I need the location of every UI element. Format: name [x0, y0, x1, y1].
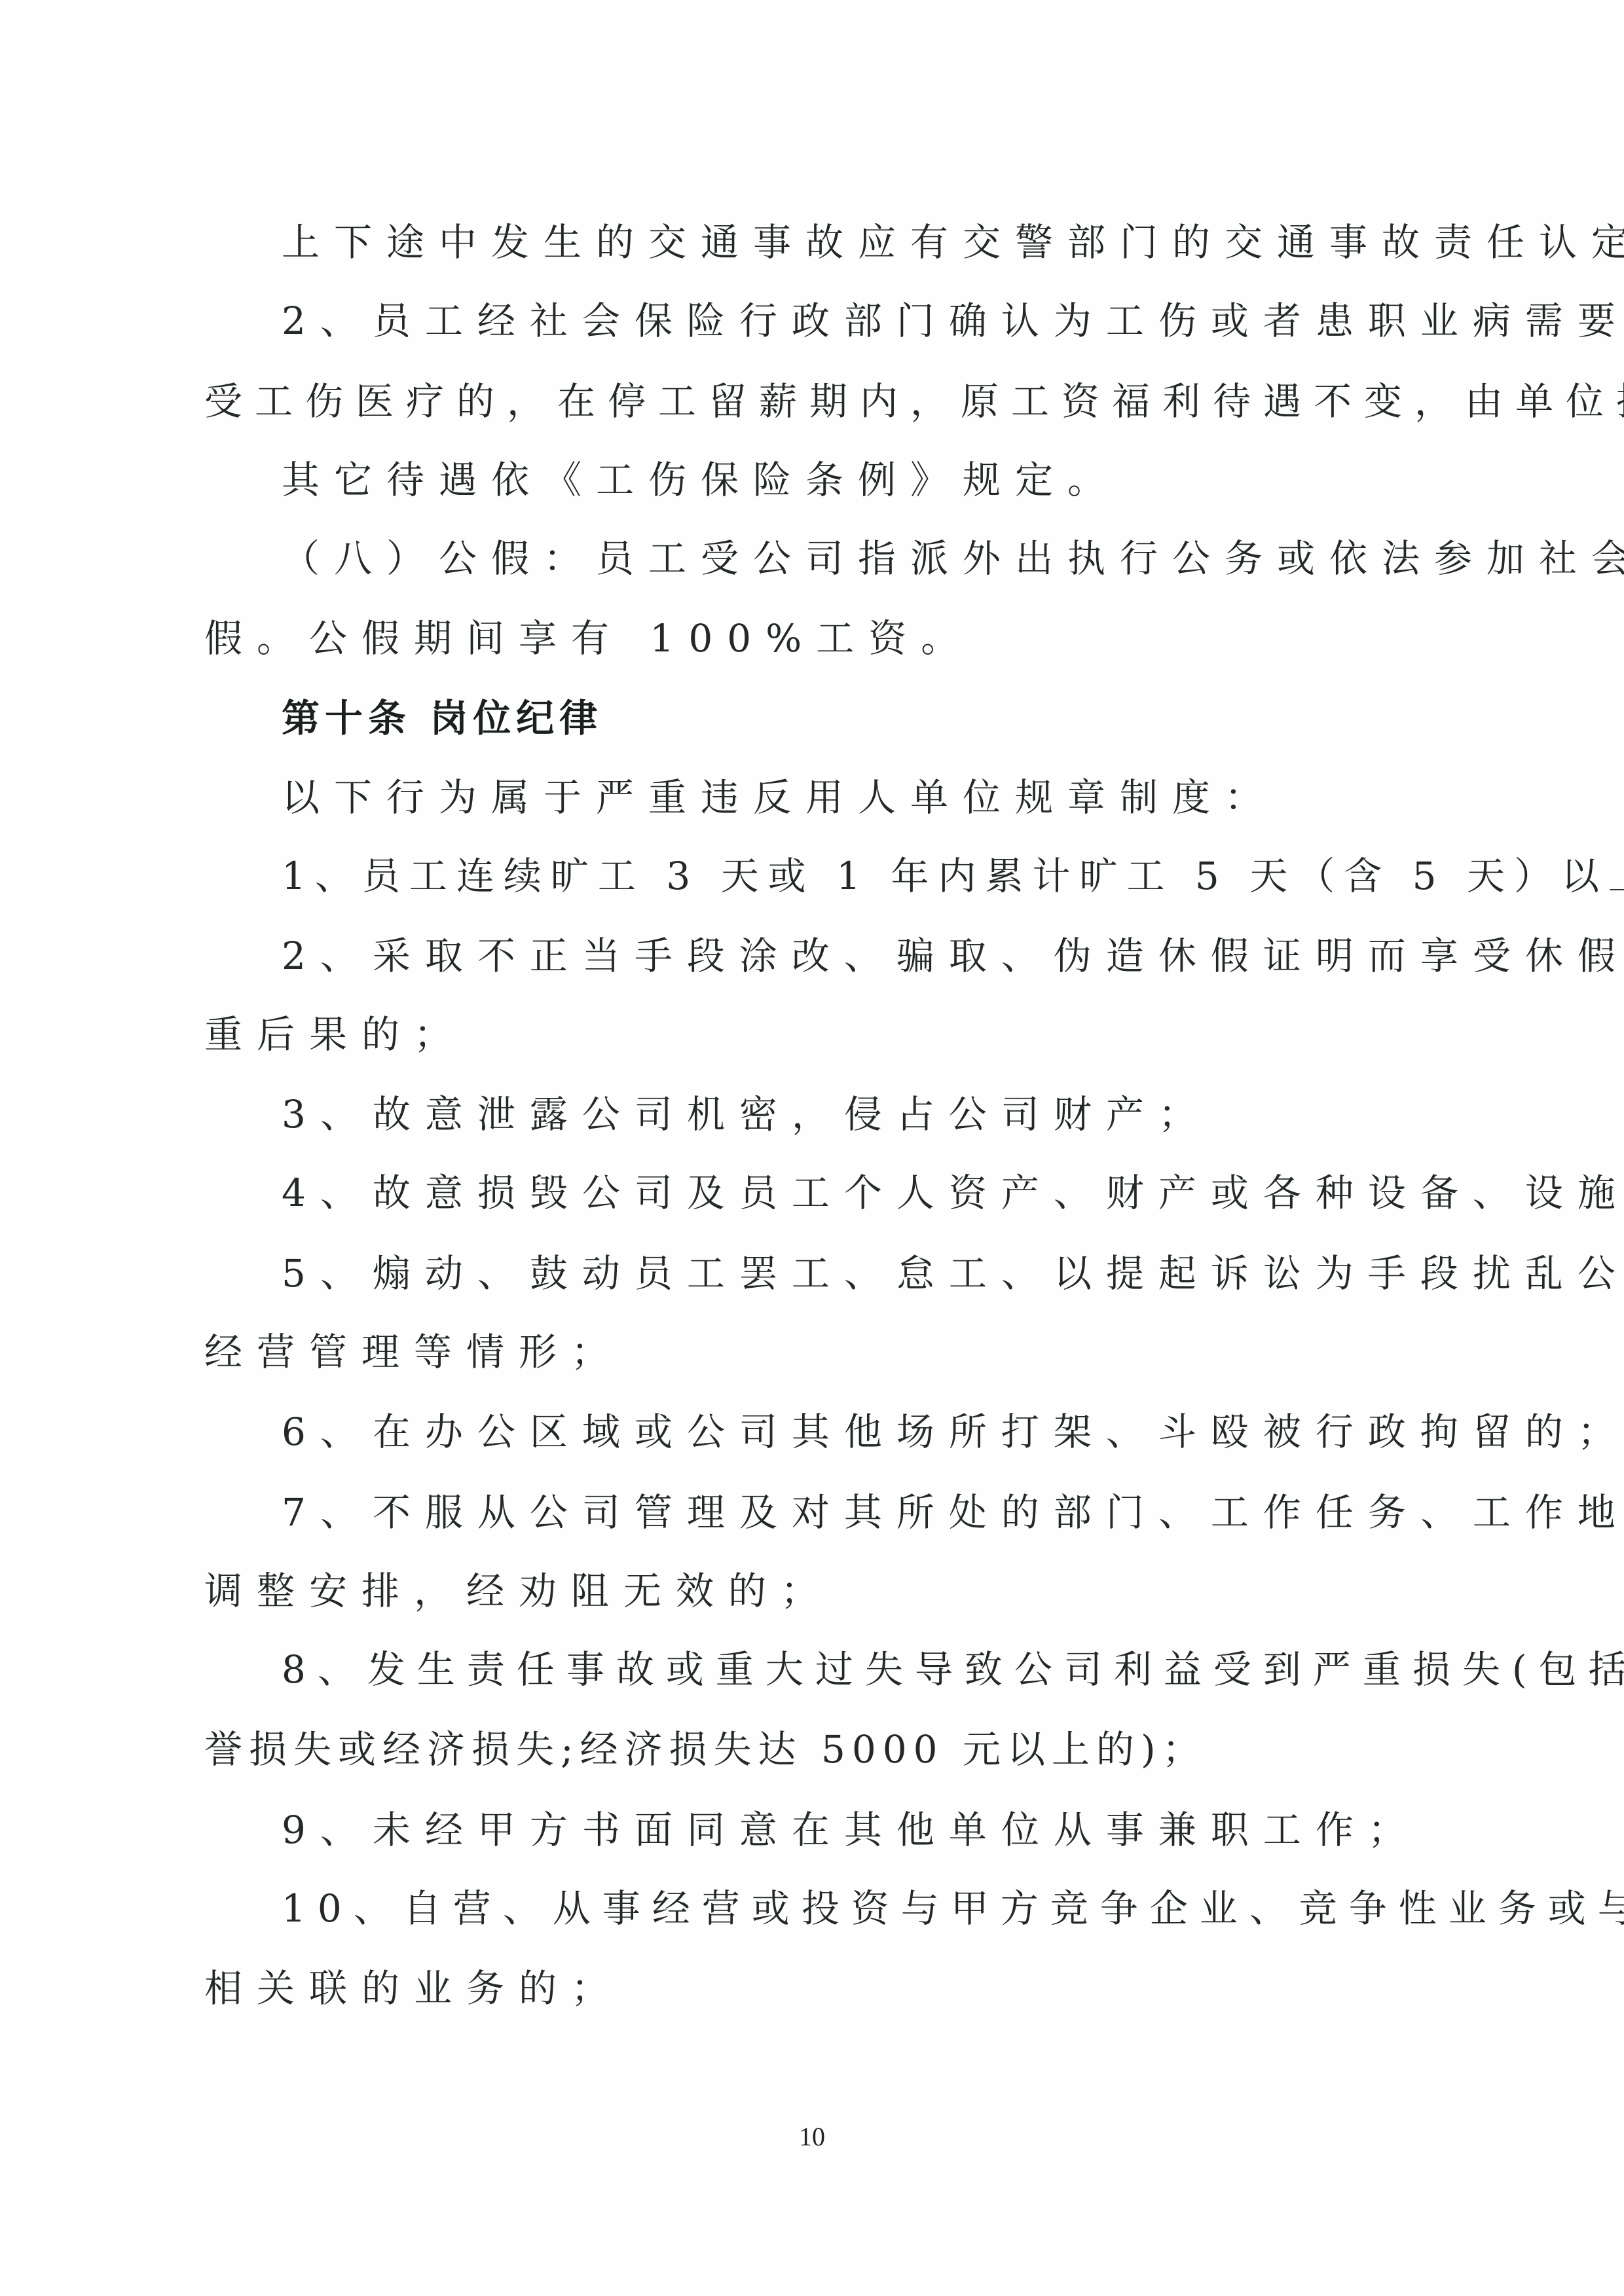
list-item: 1、员工连续旷工 3 天或 1 年内累计旷工 5 天（含 5 天）以上者；	[282, 853, 1624, 899]
list-item: 9、未经甲方书面同意在其他单位从事兼职工作；	[282, 1807, 1420, 1853]
list-item: 3、故意泄露公司机密，侵占公司财产；	[282, 1091, 1211, 1137]
paragraph-line: 受工伤医疗的，在停工留薪期内，原工资福利待遇不变，由单位按月支付。	[204, 378, 1624, 424]
list-item: 6、在办公区域或公司其他场所打架、斗殴被行政拘留的；	[282, 1409, 1624, 1455]
list-item-continuation: 重后果的；	[204, 1011, 466, 1057]
paragraph-line: 其它待遇依《工伤保险条例》规定。	[282, 457, 1120, 503]
list-item-continuation: 经营管理等情形；	[204, 1329, 623, 1375]
page-number: 10	[0, 2121, 1624, 2152]
list-item: 5、煽动、鼓动员工罢工、怠工、以提起诉讼为手段扰乱公司日常	[282, 1250, 1624, 1296]
paragraph-line: （八）公假：员工受公司指派外出执行公务或依法参加社会活动为公	[282, 536, 1624, 581]
list-item: 8、发生责任事故或重大过失导致公司利益受到严重损失(包括名	[282, 1647, 1624, 1692]
list-item: 7、不服从公司管理及对其所处的部门、工作任务、工作地作出的	[282, 1489, 1624, 1535]
paragraph-line: 假。公假期间享有 100%工资。	[204, 615, 973, 661]
list-item-continuation: 相关联的业务的；	[204, 1965, 623, 2011]
paragraph-line: 以下行为属于严重违反用人单位规章制度：	[282, 774, 1277, 820]
list-item: 2、采取不正当手段涂改、骗取、伪造休假证明而享受休假造成严	[282, 933, 1624, 979]
list-item: 10、自营、从事经营或投资与甲方竞争企业、竞争性业务或与甲方	[282, 1886, 1624, 1931]
paragraph-line: 2、员工经社会保险行政部门确认为工伤或者患职业病需要暂停工作接	[282, 298, 1624, 344]
list-item: 4、故意损毁公司及员工个人资产、财产或各种设备、设施；	[282, 1170, 1624, 1216]
document-page: 上下途中发生的交通事故应有交警部门的交通事故责任认定书。 2、员工经社会保险行政…	[0, 0, 1624, 2296]
list-item-continuation: 调整安排，经劝阻无效的；	[204, 1568, 833, 1614]
section-heading: 第十条 岗位纪律	[282, 695, 602, 741]
list-item-continuation: 誉损失或经济损失;经济损失达 5000 元以上的)；	[204, 1726, 1207, 1772]
paragraph-line: 上下途中发生的交通事故应有交警部门的交通事故责任认定书。	[282, 219, 1624, 265]
